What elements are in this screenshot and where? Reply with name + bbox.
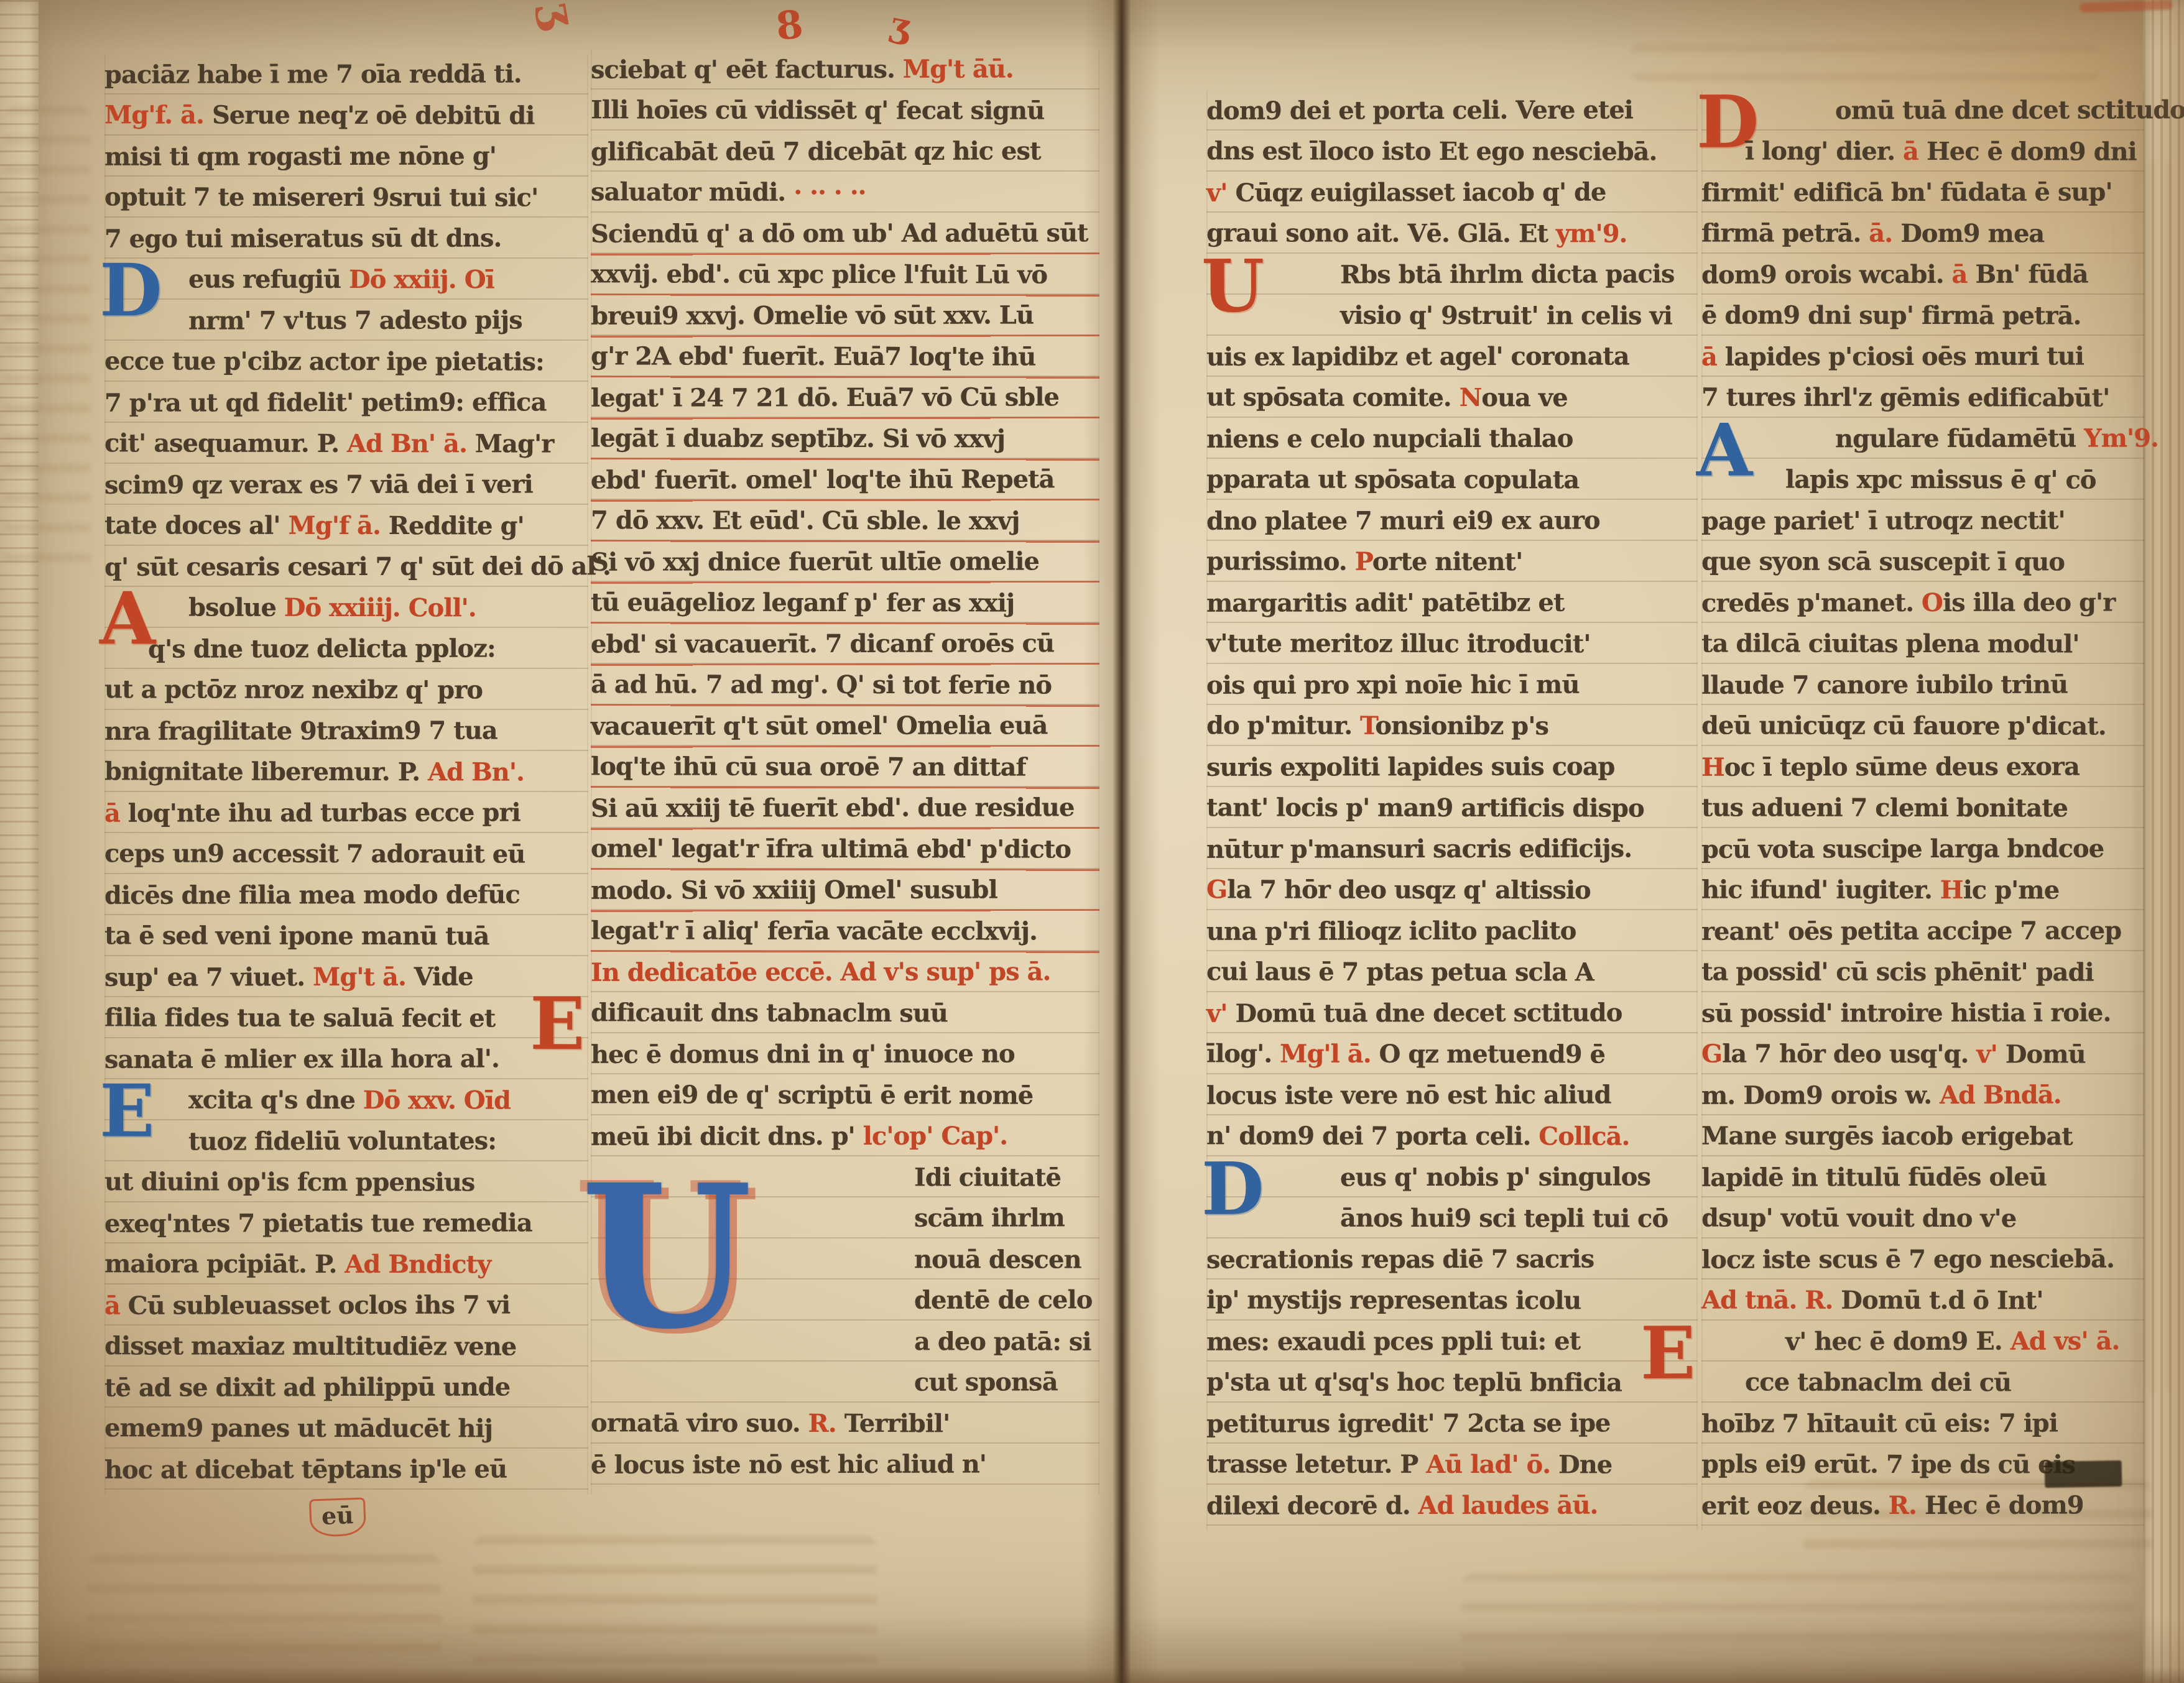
bleed-through-text: [473, 1536, 877, 1679]
text-segment: Ad vs' ā.: [2010, 1326, 2120, 1355]
text-line: ta dilcā ciuitas plena modul': [1701, 624, 2144, 665]
text-segment: P: [1355, 547, 1372, 576]
text-segment: cit' asequamur. P.: [104, 428, 347, 458]
quire-mark: 8: [774, 1, 805, 49]
text-line: bnignitate liberemur. P. Ad Bn'.: [104, 752, 588, 793]
text-segment: R.: [1889, 1491, 1925, 1520]
text-line: dentē de celo: [591, 1280, 1099, 1322]
text-segment: dilexi decorē d.: [1206, 1491, 1418, 1521]
text-line: secrationis repas diē 7 sacris: [1206, 1239, 1698, 1281]
text-line: pparata ut spōsata copulata: [1206, 459, 1698, 501]
text-line: p'sta ut q'sq's hoc teplū bnficia: [1206, 1362, 1698, 1404]
text-segment: tē ad se dixit ad philippū unde: [104, 1372, 510, 1402]
text-segment: dom9 orois wcabi.: [1701, 260, 1952, 290]
right-page-column-2: Domū tuā dne dcet sctitudoī long' dier. …: [1701, 91, 2144, 1531]
text-segment: maiora pcipiāt. P.: [104, 1249, 345, 1279]
text-segment: T: [1360, 711, 1375, 740]
text-segment: vacauerīt q't sūt omel' Omelia euā: [591, 711, 1047, 741]
text-segment: hoc at dicebat tēptans ip'le eū: [104, 1454, 507, 1484]
text-segment: paciāz habe ī me 7 oīa reddā ti.: [104, 59, 522, 89]
text-segment: ē dom9 dni sup' firmā petrā.: [1701, 300, 2081, 330]
text-line: sū possid' introire histia ī roie.: [1701, 993, 2144, 1035]
catchword: eū: [309, 1497, 366, 1537]
text-segment: nouā descen: [914, 1245, 1081, 1274]
text-line: pcū vota suscipe larga bndcoe: [1701, 829, 2144, 870]
text-segment: ornatā viro suo.: [591, 1408, 808, 1438]
text-line: ornatā viro suo. R. Terribil': [591, 1403, 1099, 1445]
text-line: a deo patā: si: [591, 1321, 1099, 1363]
text-segment: v': [1206, 999, 1236, 1028]
text-segment: credēs p'manet.: [1701, 588, 1922, 618]
text-segment: ē locus iste nō est hic aliud n': [591, 1450, 986, 1480]
text-line: scām ihrlm: [591, 1198, 1099, 1240]
text-segment: exeq'ntes 7 pietatis tue remedia: [104, 1208, 532, 1238]
text-line: modo. Si vō xxiiij Omel' susubl: [591, 870, 1099, 912]
text-segment: ecce tue p'cibz actor ipe pietatis:: [104, 346, 544, 376]
text-line: nouā descen: [591, 1239, 1099, 1281]
text-line: lapis xpc missus ē q' cō: [1701, 459, 2144, 501]
text-line: Si vō xxj dnice fuerūt ultīe omelie: [591, 542, 1099, 584]
text-segment: ut a pctōz nroz nexibz q' pro: [104, 675, 483, 704]
text-segment: nrm' 7 v'tus 7 adesto pijs: [188, 305, 522, 335]
text-segment: ngulare fūdamētū: [1835, 423, 2084, 453]
text-segment: g'r 2A ebd' fuerīt. Euā7 loq'te ihū: [591, 341, 1036, 371]
text-line: ā Cū subleuasset oclos ihs 7 vi: [104, 1285, 588, 1327]
text-line: v' Domū tuā dne decet sctitudo: [1206, 993, 1698, 1035]
text-segment: m. Dom9 orois w.: [1701, 1081, 1940, 1110]
text-segment: ā: [104, 799, 128, 828]
text-segment: eus refugiū: [188, 265, 349, 294]
text-segment: dom9 dei et porta celi. Vere etei: [1206, 95, 1633, 125]
text-segment: filia fides tua te saluā fecit et: [104, 1003, 495, 1033]
text-line: Illi hoīes cū vidissēt q' fecat signū: [591, 90, 1099, 132]
text-line: cce tabnaclm dei cū: [1701, 1362, 2144, 1404]
text-segment: ā: [1903, 137, 1927, 166]
text-segment: visio q' 9struit' in celis vi: [1340, 301, 1672, 331]
bleed-through-text: [87, 1554, 442, 1672]
text-line: tū euāgelioz leganf p' fer as xxij: [591, 583, 1099, 624]
text-segment: 7 p'ra ut qd fidelit' petim9: effica: [104, 387, 546, 417]
text-segment: hic ifund' iugiter.: [1701, 875, 1940, 905]
text-segment: Si aū xxiij tē fuerīt ebd'. due residue: [591, 793, 1074, 823]
text-segment: sanata ē mlier ex illa hora al'.: [104, 1044, 499, 1074]
text-line: legat'r ī aliq' ferīa vacāte ecclxvij.: [591, 911, 1099, 952]
text-segment: omel' legat'r īfra ultimā ebd' p'dicto: [591, 834, 1071, 864]
text-line: īlog'. Mg'l ā. O qz metuend9 ē: [1206, 1034, 1698, 1076]
text-segment: ebd' si vacauerīt. 7 dicanf oroēs cū: [591, 629, 1054, 659]
text-segment: llaude 7 canore iubilo trinū: [1701, 670, 2068, 700]
text-segment: scām ihrlm: [914, 1203, 1065, 1233]
text-line: nrm' 7 v'tus 7 adesto pijs: [104, 300, 588, 343]
text-segment: ā.: [1869, 219, 1900, 248]
text-segment: loq'te ihū cū sua oroē 7 an dittaf: [591, 752, 1026, 782]
text-line: men ei9 de q' scriptū ē erit nomē: [591, 1075, 1099, 1117]
text-segment: Hec ē dom9: [1925, 1490, 2084, 1520]
text-line: Mg'f. ā. Serue neq'z oē debitū di: [104, 95, 588, 137]
text-segment: Dom9 mea: [1900, 219, 2044, 248]
text-line: llaude 7 canore iubilo trinū: [1701, 665, 2144, 706]
ink-smudge: [2045, 1460, 2122, 1488]
text-segment: xxvij. ebd'. cū xpc plice l'fuit Lū vō: [591, 259, 1047, 289]
text-segment: tate doces al': [104, 510, 289, 540]
text-line: dom9 dei et porta celi. Vere etei: [1206, 90, 1698, 132]
text-segment: ic p'me: [1963, 875, 2060, 905]
text-segment: In dedicatōe eccē. Ad v's sup' ps ā.: [591, 957, 1051, 987]
text-line: dns est īloco isto Et ego nesciebā.: [1206, 131, 1698, 173]
text-segment: H: [1940, 875, 1963, 905]
text-segment: Hec ē dom9 dni: [1927, 137, 2137, 167]
text-segment: bnignitate liberemur. P.: [104, 757, 428, 786]
text-segment: dno platee 7 muri ei9 ex auro: [1206, 506, 1600, 536]
text-segment: oc ī teplo sūme deus exora: [1724, 752, 2080, 782]
text-segment: lapides p'ciosi oēs muri tui: [1725, 341, 2084, 371]
text-segment: Ad laudes āū.: [1418, 1491, 1598, 1521]
text-line: lapidē in titulū fūdēs oleū: [1701, 1157, 2144, 1199]
text-segment: Mg't āū.: [903, 54, 1014, 83]
text-segment: ut spōsata comite.: [1206, 382, 1460, 412]
text-line: hec ē domus dni in q' inuoce no: [591, 1034, 1099, 1076]
text-line: ta ē sed veni ipone manū tuā: [104, 916, 588, 957]
text-segment: mes: exaudi pces ppli tui: et: [1206, 1327, 1580, 1357]
text-segment: pparata ut spōsata copulata: [1206, 464, 1579, 494]
text-line: filia fides tua te saluā fecit et: [104, 998, 588, 1040]
left-page-column-1: paciāz habe ī me 7 oīa reddā ti.Mg'f. …: [104, 55, 588, 1495]
text-line: scim9 qz verax es 7 viā dei ī veri: [104, 464, 588, 507]
text-segment: Si vō xxj dnice fuerūt ultīe omelie: [591, 546, 1039, 577]
text-line: tant' locis p' man9 artificis dispo: [1206, 788, 1698, 829]
text-segment: ānos hui9 sci tepli tui cō: [1340, 1204, 1668, 1233]
text-line: locus iste vere nō est hic aliud: [1206, 1075, 1698, 1117]
text-line: tē ad se dixit ad philippū unde: [104, 1367, 588, 1409]
text-segment: O qz metuend9 ē: [1379, 1040, 1605, 1069]
text-segment: locz iste scus ē 7 ego nesciebā.: [1701, 1244, 2114, 1274]
text-segment: Mg'f ā.: [288, 511, 388, 540]
text-line: una p'ri filioqz iclito paclito: [1206, 911, 1698, 953]
text-line: optuit 7 te misereri 9srui tui sic': [104, 177, 588, 219]
text-line: tuoz fideliū voluntates:: [104, 1121, 588, 1163]
text-line: hic ifund' iugiter. Hic p'me: [1701, 870, 2144, 911]
text-line: ip' mystijs representas icolu: [1206, 1280, 1698, 1322]
text-segment: tuoz fideliū voluntates:: [188, 1126, 496, 1156]
text-line: Sciendū q' a dō om ub' Ad aduētū sūt: [591, 213, 1099, 256]
text-segment: lc'op' Cap'.: [863, 1121, 1008, 1150]
text-segment: Vide: [414, 962, 473, 992]
text-segment: glificabāt deū 7 dicebāt qz hic est: [591, 136, 1040, 167]
text-line: ebd' fuerīt. omel' loq'te ihū Repetā: [591, 459, 1099, 502]
text-segment: erit eoz deus.: [1701, 1491, 1889, 1521]
text-segment: Domū t.d ō Int': [1841, 1286, 2043, 1316]
text-segment: · ·· · ··: [794, 178, 866, 207]
text-segment: Ad Bn' ā.: [347, 429, 475, 458]
text-segment: Reddite g': [389, 511, 524, 540]
text-line: cui laus ē 7 ptas petua scla A: [1206, 952, 1698, 994]
text-segment: 7 ego tui miseratus sū dt dns.: [104, 223, 501, 253]
text-segment: reant' oēs petita accipe 7 accep: [1701, 916, 2121, 946]
text-segment: optuit 7 te misereri 9srui tui sic': [104, 182, 538, 212]
text-line: Mane surgēs iacob erigebat: [1701, 1116, 2144, 1158]
text-line: Hoc ī teplo sūme deus exora: [1701, 747, 2144, 788]
text-line: ceps un9 accessit 7 adorauit eū: [104, 834, 588, 875]
text-segment: a deo patā: si: [914, 1327, 1091, 1356]
text-segment: legat' ī 24 7 21 dō. Euā7 vō Cū sble: [591, 382, 1059, 413]
text-segment: locus iste vere nō est hic aliud: [1206, 1080, 1611, 1110]
text-segment: Mane surgēs iacob erigebat: [1701, 1121, 2073, 1151]
text-segment: ī long' dier.: [1745, 137, 1903, 166]
text-line: ebd' si vacauerīt. 7 dicanf oroēs cū: [591, 624, 1099, 666]
text-segment: tus adueni 7 clemi bonitate: [1701, 793, 2068, 823]
text-line: ē locus iste nō est hic aliud n': [591, 1444, 1099, 1487]
text-line: graui sono ait. Vē. Glā. Et ym'9.: [1206, 213, 1698, 255]
text-segment: men ei9 de q' scriptū ē erit nomē: [591, 1080, 1033, 1110]
text-segment: ppls ei9 erūt. 7 ipe ds cū eis: [1701, 1449, 2075, 1479]
manuscript-photo: paciāz habe ī me 7 oīa reddā ti.Mg'f. …: [0, 0, 2184, 1683]
text-segment: nra fragilitate 9traxim9 7 tua: [104, 716, 497, 745]
text-segment: emem9 panes ut māducēt hij: [104, 1413, 493, 1443]
text-line: Si aū xxiij tē fuerīt ebd'. due residue: [591, 788, 1099, 830]
text-segment: omū tuā dne dcet sctitudo: [1835, 95, 2184, 125]
text-line: page pariet' ī utroqz nectit': [1701, 500, 2144, 542]
text-line: v' Cūqz euigilasset iacob q' de: [1206, 172, 1698, 214]
text-line: exeq'ntes 7 pietatis tue remedia: [104, 1203, 588, 1245]
text-segment: hec ē domus dni in q' inuoce no: [591, 1039, 1015, 1069]
text-segment: ceps un9 accessit 7 adorauit eū: [104, 839, 525, 869]
text-line: legāt ī duabz septībz. Si vō xxvj: [591, 418, 1099, 460]
text-segment: dsup' votū vouit dno v'e: [1701, 1203, 2016, 1233]
text-segment: la 7 hōr deo usqz q' altissio: [1227, 875, 1591, 905]
text-segment: una p'ri filioqz iclito paclito: [1206, 916, 1576, 946]
text-line: reant' oēs petita accipe 7 accep: [1701, 911, 2144, 952]
text-segment: misi ti qm rogasti me nōne g': [104, 141, 496, 171]
text-line: credēs p'manet. Ois illa deo g'r: [1701, 583, 2144, 624]
text-segment: secrationis repas diē 7 sacris: [1206, 1245, 1594, 1275]
illuminated-initial: E: [530, 989, 585, 1059]
text-segment: q's dne tuoz delicta pploz:: [148, 634, 496, 663]
text-segment: la 7 hōr deo usq'q.: [1722, 1039, 1976, 1069]
text-segment: R.: [808, 1409, 844, 1438]
text-line: cit' asequamur. P. Ad Bn' ā. Mag'r: [104, 423, 588, 465]
text-line: Gla 7 hōr deo usq'q. v' Domū: [1701, 1034, 2144, 1076]
text-line: disset maxiaz multitudiēz vene: [104, 1326, 588, 1368]
text-line: sup' ea 7 viuet. Mg't ā. Vide: [104, 957, 588, 999]
text-segment: ta ē sed veni ipone manū tuā: [104, 921, 489, 951]
text-segment: Ym'9.: [2084, 423, 2159, 453]
text-segment: uis ex lapidibz et agel' coronata: [1206, 341, 1629, 371]
text-segment: page pariet' ī utroqz nectit': [1701, 506, 2065, 536]
text-segment: trasse letetur. P: [1206, 1449, 1426, 1479]
text-line: xxvij. ebd'. cū xpc plice l'fuit Lū vō: [591, 254, 1099, 296]
text-line: URbs btā ihrlm dicta pacis: [1206, 254, 1698, 297]
text-line: UIdi ciuitatē: [591, 1157, 1099, 1199]
text-line: In dedicatōe eccē. Ad v's sup' ps ā.: [591, 952, 1099, 994]
text-segment: G: [1206, 875, 1227, 904]
bleed-through-text: [1629, 44, 2102, 81]
text-segment: Idi ciuitatē: [914, 1163, 1061, 1192]
text-segment: Cū subleuasset oclos ihs 7 vi: [128, 1290, 510, 1320]
text-segment: legat'r ī aliq' ferīa vacāte ecclxvij.: [591, 916, 1037, 946]
text-line: Deus refugiū Dō xxiij. Oī: [104, 259, 588, 301]
text-segment: Serue neq'z oē debitū di: [212, 101, 535, 131]
bleed-through-text: [1461, 1573, 2133, 1672]
text-segment: que syon scā suscepit ī quo: [1701, 546, 2065, 576]
text-segment: cut sponsā: [914, 1367, 1058, 1396]
text-line: petiturus igredit' 7 2cta se ipe: [1206, 1403, 1698, 1446]
text-segment: tū euāgelioz leganf p' fer as xxij: [591, 588, 1014, 617]
text-line: omel' legat'r īfra ultimā ebd' p'dicto: [591, 829, 1099, 870]
text-line: hoc at dicebat tēptans ip'le eū: [104, 1449, 588, 1492]
text-segment: onsionibz p's: [1375, 711, 1548, 740]
text-line: cut sponsā: [591, 1362, 1099, 1404]
text-segment: xcita q's dne: [188, 1086, 363, 1115]
text-segment: N: [1460, 383, 1482, 412]
text-segment: saluator mūdi.: [591, 177, 794, 207]
text-line: uis ex lapidibz et agel' coronata: [1206, 336, 1698, 379]
text-segment: ta possid' cū scis phēnit' padi: [1701, 957, 2094, 987]
text-segment: purissimo.: [1206, 546, 1355, 576]
text-line: ta possid' cū scis phēnit' padi: [1701, 952, 2144, 994]
text-segment: loq'nte ihu ad turbas ecce pri: [128, 798, 521, 828]
text-line: ē dom9 dni sup' firmā petrā.: [1701, 295, 2144, 337]
text-segment: G: [1701, 1039, 1722, 1068]
text-segment: modo. Si vō xxiiij Omel' susubl: [591, 875, 997, 905]
text-segment: Domū tuā dne decet sctitudo: [1235, 998, 1622, 1028]
text-line: hoībz 7 hītauit cū eis: 7 ipi: [1701, 1403, 2144, 1445]
text-line: loq'te ihū cū sua oroē 7 an dittaf: [591, 747, 1099, 788]
text-segment: breui9 xxvj. Omelie vō sūt xxv. Lū: [591, 300, 1034, 330]
text-segment: Bn' fūdā: [1975, 259, 2088, 288]
text-line: ut a pctōz nroz nexibz q' pro: [104, 670, 588, 711]
text-segment: v' hec ē dom9 E.: [1785, 1327, 2010, 1357]
text-line: nra fragilitate 9traxim9 7 tua: [104, 711, 588, 753]
text-line: suris expoliti lapides suis coap: [1206, 747, 1698, 789]
text-segment: lapidē in titulū fūdēs oleū: [1701, 1163, 2047, 1192]
text-line: ā lapides p'ciosi oēs muri tui: [1701, 336, 2144, 378]
text-segment: scim9 qz verax es 7 viā dei ī veri: [104, 469, 533, 499]
text-line: tus adueni 7 clemi bonitate: [1701, 788, 2144, 829]
text-segment: firmā petrā.: [1701, 218, 1869, 247]
text-line: erit eoz deus. R. Hec ē dom9: [1701, 1485, 2144, 1527]
text-segment: dicēs dne filia mea modo defūc: [104, 880, 520, 910]
text-line: sanata ē mlier ex illa hora al'.: [104, 1039, 588, 1081]
text-line: que syon scā suscepit ī quo: [1701, 542, 2144, 583]
text-segment: orte nitent': [1372, 547, 1523, 576]
text-segment: O: [1922, 588, 1943, 617]
text-line: Excita q's dne Dō xxv. Oīd: [104, 1080, 588, 1122]
text-segment: Collcā.: [1539, 1122, 1629, 1151]
text-line: Domū tuā dne dcet sctitudo: [1701, 90, 2144, 132]
text-segment: Mag'r: [475, 429, 554, 458]
text-segment: sciebat q' eēt facturus.: [591, 55, 903, 85]
text-segment: oua ve: [1481, 383, 1567, 412]
text-line: Edificauit dns tabnaclm suū: [591, 993, 1099, 1035]
text-segment: disset maxiaz multitudiēz vene: [104, 1331, 516, 1361]
text-segment: Rbs btā ihrlm dicta pacis: [1340, 259, 1675, 289]
text-segment: ut diuini op'is fcm ppensius: [104, 1167, 474, 1197]
text-segment: is illa deo g'r: [1943, 588, 2115, 617]
text-segment: bsolue: [188, 593, 284, 622]
right-page-column-1: dom9 dei et porta celi. Vere eteidns est…: [1206, 91, 1698, 1531]
text-segment: ym'9.: [1556, 219, 1627, 248]
text-segment: ois qui pro xpi noīe hic ī mū: [1206, 670, 1580, 700]
text-line: glificabāt deū 7 dicebāt qz hic est: [591, 131, 1099, 173]
text-segment: Domū: [2006, 1040, 2086, 1069]
text-line: do p'mitur. Tonsionibz p's: [1206, 706, 1698, 747]
text-line: m. Dom9 orois w. Ad Bndā.: [1701, 1075, 2144, 1117]
text-line: saluator mūdi. · ·· · ··: [591, 172, 1099, 214]
text-line: 7 tures ihrl'z gēmis edificabūt': [1701, 377, 2144, 419]
text-segment: Ad Bn'.: [428, 757, 524, 786]
text-line: q's dne tuoz delicta pploz:: [104, 629, 588, 671]
text-segment: Dō xxiij. Oī: [349, 265, 494, 294]
text-segment: ip' mystijs representas icolu: [1206, 1285, 1581, 1315]
text-segment: firmit' edificā bn' fūdata ē sup': [1701, 177, 2112, 207]
text-line: Ad tnā. R. Domū t.d ō Int': [1701, 1280, 2144, 1322]
text-segment: H: [1701, 753, 1724, 782]
text-segment: niens e celo nupciali thalao: [1206, 424, 1573, 454]
text-segment: dificauit dns tabnaclm suū: [591, 998, 948, 1028]
text-segment: petiturus igredit' 7 2cta se ipe: [1206, 1408, 1611, 1438]
text-segment: Dō xxv. Oīd: [363, 1086, 511, 1115]
text-segment: īlog'.: [1206, 1039, 1280, 1068]
text-line: niens e celo nupciali thalao: [1206, 418, 1698, 461]
text-line: g'r 2A ebd' fuerīt. Euā7 loq'te ihū: [591, 336, 1099, 378]
text-line: legat' ī 24 7 21 dō. Euā7 vō Cū sble: [591, 377, 1099, 420]
text-segment: Sciendū q' a dō om ub' Ad aduētū sūt: [591, 218, 1088, 249]
text-segment: legāt ī duabz septībz. Si vō xxvj: [591, 423, 1005, 453]
text-line: Angulare fūdamētū Ym'9.: [1701, 418, 2144, 460]
text-segment: pcū vota suscipe larga bndcoe: [1701, 834, 2104, 864]
text-line: dsup' votū vouit dno v'e: [1701, 1198, 2144, 1240]
text-segment: p'sta ut q'sq's hoc teplū bnficia: [1206, 1367, 1622, 1397]
text-line: trasse letetur. P Aū lad' ō. Dne: [1206, 1444, 1698, 1486]
text-segment: Mg'f. ā.: [104, 100, 212, 129]
text-line: Ev' hec ē dom9 E. Ad vs' ā.: [1701, 1321, 2144, 1363]
text-line: ut spōsata comite. Noua ve: [1206, 377, 1698, 419]
text-line: deū unicūqz cū fauore p'dicat.: [1701, 706, 2144, 747]
text-line: misi ti qm rogasti me nōne g': [104, 136, 588, 178]
text-line: 7 p'ra ut qd fidelit' petim9: effica: [104, 382, 588, 425]
text-line: ā ad hū. 7 ad mg'. Q' si tot ferīe nō: [591, 665, 1099, 706]
left-page-column-2: sciebat q' eēt facturus. Mg't āū.Illi ho…: [591, 50, 1099, 1495]
text-segment: Mg'l ā.: [1280, 1040, 1379, 1069]
text-line: ut diuini op'is fcm ppensius: [104, 1162, 588, 1204]
text-segment: tant' locis p' man9 artificis dispo: [1206, 793, 1644, 823]
text-segment: q' sūt cesaris cesari 7 q' sūt dei dō …: [104, 551, 611, 582]
text-line: purissimo. Porte nitent': [1206, 542, 1698, 583]
text-line: vacauerīt q't sūt omel' Omelia euā: [591, 706, 1099, 748]
text-segment: ā ad hū. 7 ad mg'. Q' si tot ferīe nō: [591, 670, 1052, 699]
text-line: ecce tue p'cibz actor ipe pietatis:: [104, 341, 588, 383]
text-segment: hoībz 7 hītauit cū eis: 7 ipi: [1701, 1409, 2058, 1439]
text-line: firmit' edificā bn' fūdata ē sup': [1701, 172, 2144, 214]
text-line: ānos hui9 sci tepli tui cō: [1206, 1198, 1698, 1240]
text-line: Deus q' nobis p' singulos: [1206, 1157, 1698, 1199]
text-line: 7 dō xxv. Et eūd'. Cū sble. le xxvj: [591, 500, 1099, 542]
text-segment: nūtur p'mansuri sacris edificijs.: [1206, 834, 1632, 864]
text-segment: Dne: [1558, 1450, 1612, 1479]
text-line: 7 ego tui miseratus sū dt dns.: [104, 218, 588, 261]
text-segment: cce tabnaclm dei cū: [1745, 1368, 2011, 1398]
text-line: dno platee 7 muri ei9 ex auro: [1206, 500, 1698, 543]
text-segment: Ad Bndicty: [345, 1250, 491, 1279]
text-line: ī long' dier. ā Hec ē dom9 dni: [1701, 131, 2144, 173]
text-line: Absolue Dō xxiiij. Coll'.: [104, 588, 588, 629]
text-line: dom9 orois wcabi. ā Bn' fūdā: [1701, 254, 2144, 296]
text-line: ā loq'nte ihu ad turbas ecce pri: [104, 793, 588, 835]
text-segment: ta dilcā ciuitas plena modul': [1701, 629, 2080, 658]
text-segment: suris expoliti lapides suis coap: [1206, 752, 1615, 782]
text-line: maiora pcipiāt. P. Ad Bndicty: [104, 1244, 588, 1286]
text-line: tate doces al' Mg'f ā. Reddite g': [104, 505, 588, 547]
